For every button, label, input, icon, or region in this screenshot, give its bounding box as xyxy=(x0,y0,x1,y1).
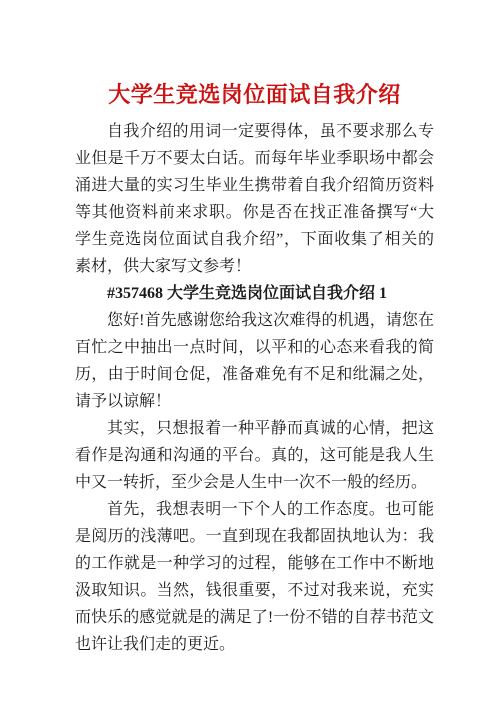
paragraph-sincerity: 其实，只想报着一种平静而真诚的心情，把这看作是沟通和沟通的平台。真的，这可能是我… xyxy=(75,415,434,496)
document-page: 大学生竞选岗位面试自我介绍 自我介绍的用词一定要得体，虽不要求那么专业但是千万不… xyxy=(0,0,500,707)
page-title: 大学生竞选岗位面试自我介绍 xyxy=(75,80,434,110)
document-content: 大学生竞选岗位面试自我介绍 自我介绍的用词一定要得体，虽不要求那么专业但是千万不… xyxy=(75,80,434,658)
paragraph-greeting: 您好!首先感谢您给我这次难得的机遇，请您在百忙之中抽出一点时间，以平和的心态来看… xyxy=(75,307,434,415)
paragraph-work-attitude: 首先，我想表明一下个人的工作态度。也可能是阅历的浅薄吧。一直到现在我都固执地认为… xyxy=(75,496,434,658)
paragraph-intro: 自我介绍的用词一定要得体，虽不要求那么专业但是千万不要太白话。而每年毕业季职场中… xyxy=(75,118,434,280)
section-heading: #357468 大学生竞选岗位面试自我介绍 1 xyxy=(75,280,434,307)
